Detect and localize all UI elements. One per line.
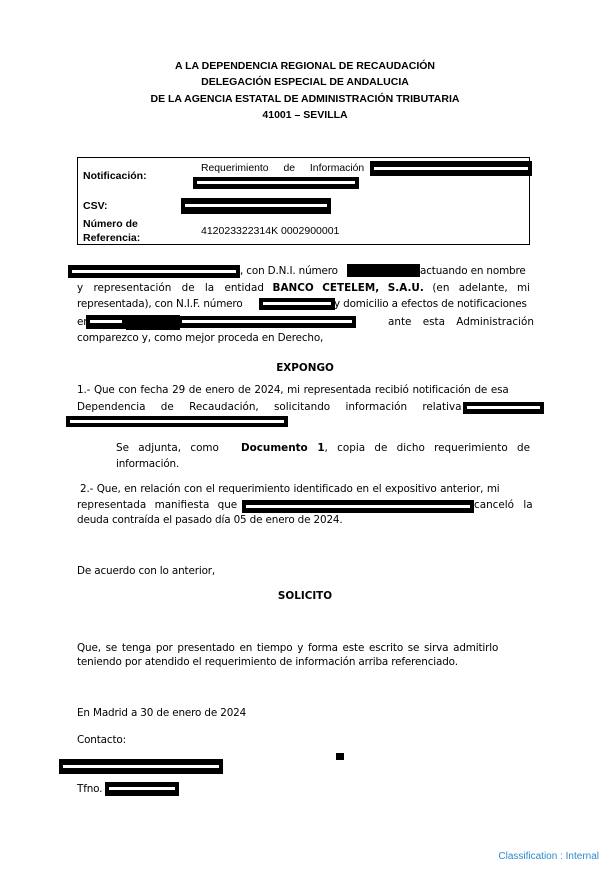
expongo-p1-l1: 1.- Que con fecha 29 de enero de 2024, m… xyxy=(77,384,509,396)
addressee-line-1: A LA DEPENDENCIA REGIONAL DE RECAUDACIÓN xyxy=(0,60,610,72)
redacted-debtor-name xyxy=(242,500,474,513)
redacted-csv xyxy=(181,198,331,214)
redacted-address-3 xyxy=(178,316,356,328)
document-1-ref: Documento 1 xyxy=(241,442,325,454)
notificacion-label: Notificación: xyxy=(83,170,147,183)
redacted-dni xyxy=(347,264,420,277)
phone-label: Tfno. xyxy=(77,783,102,795)
solicito-title: SOLICITO xyxy=(0,590,610,602)
intro-l4-b: ante esta Administración xyxy=(388,316,530,328)
intro-l2-b: (en adelante, mi xyxy=(432,282,530,294)
intro-l2-a: y representación de la entidad xyxy=(77,282,264,294)
intro-l4-b-text: ante esta Administración xyxy=(388,316,534,328)
csv-label: CSV: xyxy=(83,200,108,213)
expongo-p2-l1: 2.- Que, en relación con el requerimient… xyxy=(80,483,500,495)
redacted-subject xyxy=(463,402,544,414)
attach-l1-rest: Documento 1, copia de dicho requerimient… xyxy=(241,442,530,454)
request-l2: teniendo por atendido el requerimiento d… xyxy=(77,656,458,668)
request-l1: Que, se tenga por presentado en tiempo y… xyxy=(77,642,498,654)
closing-intro: De acuerdo con lo anterior, xyxy=(77,565,215,577)
redacted-subject-cont xyxy=(66,416,288,427)
place-date: En Madrid a 30 de enero de 2024 xyxy=(77,707,246,719)
redacted-phone xyxy=(105,782,179,796)
referencia-label-1: Número de xyxy=(83,218,138,231)
intro-l3-b: y domicilio a efectos de notificaciones xyxy=(334,298,527,310)
intro-l1-a: , con D.N.I. número xyxy=(240,265,338,277)
addressee-line-2: DELEGACIÓN ESPECIAL DE ANDALUCIA xyxy=(0,76,610,88)
redacted-contact-name xyxy=(59,759,223,774)
referencia-value: 412023322314K 0002900001 xyxy=(201,225,339,237)
attach-l1-a: Se adjunta, como xyxy=(116,442,219,454)
redaction-mark xyxy=(336,753,344,760)
addressee-line-3: DE LA AGENCIA ESTATAL DE ADMINISTRACIÓN … xyxy=(0,93,610,105)
intro-l3-a: representada), con N.I.F. número xyxy=(77,298,243,310)
expongo-p2-l2-a: representada manifiesta que xyxy=(77,499,259,511)
redacted-address-2 xyxy=(126,315,180,330)
redacted-nif xyxy=(259,298,335,310)
referencia-label-2: Referencia: xyxy=(83,232,140,245)
expongo-p2-l3: deuda contraída el pasado día 05 de ener… xyxy=(77,514,343,526)
expongo-p1-l2: Dependencia de Recaudación, solicitando … xyxy=(77,401,457,413)
intro-l1-b: actuando en nombre xyxy=(420,265,526,277)
classification-label: Classification : Internal xyxy=(498,851,599,862)
notificacion-value-text: Requerimiento de Información xyxy=(201,163,364,174)
redacted-notification-id xyxy=(370,161,532,176)
expongo-p1-l2-text: Dependencia de Recaudación, solicitando … xyxy=(77,401,483,413)
expongo-p2-l2-b-text: canceló la xyxy=(474,499,533,511)
redacted-notification-id-cont xyxy=(193,177,359,189)
bank-name: BANCO CETELEM, S.A.U. xyxy=(273,282,424,294)
intro-l5: comparezco y, como mejor proceda en Dere… xyxy=(77,332,323,344)
attach-l1-b: , copia de dicho requerimiento de xyxy=(325,442,530,454)
redacted-address-1 xyxy=(86,315,126,329)
expongo-title: EXPONGO xyxy=(0,362,610,374)
intro-line-2: y representación de la entidad BANCO CET… xyxy=(77,282,530,294)
expongo-p2-l2-a-text: representada manifiesta que xyxy=(77,499,237,511)
addressee-line-4: 41001 – SEVILLA xyxy=(0,109,610,121)
expongo-p2-l2-b: canceló la xyxy=(474,499,530,511)
redacted-representative-name xyxy=(68,265,240,278)
attach-l2: información. xyxy=(116,458,179,470)
attach-line-1: Se adjunta, como Documento 1, copia de d… xyxy=(116,442,530,454)
notificacion-value: Requerimiento de Información xyxy=(201,163,364,174)
contact-label: Contacto: xyxy=(77,734,126,746)
